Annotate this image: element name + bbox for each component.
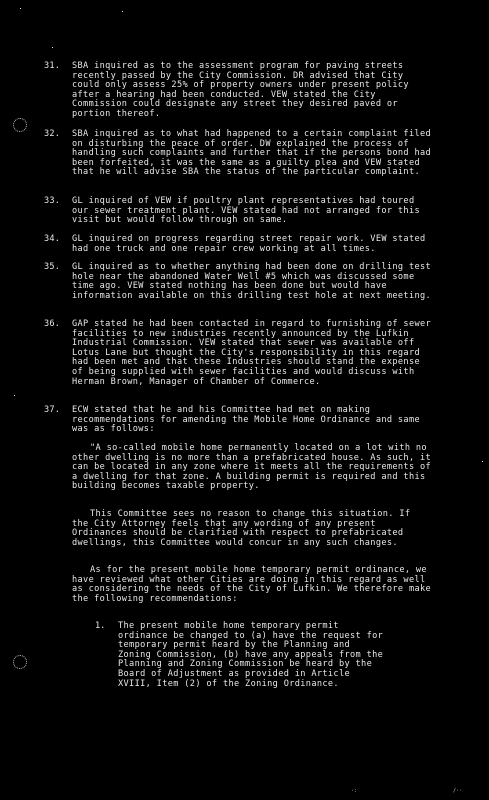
item-number: 31. (44, 62, 60, 72)
item-number: 37. (44, 406, 60, 416)
scan-speck (14, 395, 15, 396)
footer-mark-right: /·· (453, 788, 462, 794)
item-number: 35. (44, 263, 60, 273)
scan-speck (52, 47, 53, 48)
item-number: 34. (44, 235, 60, 245)
footer-mark-left: ·: (351, 788, 357, 794)
item-text: ECW stated that he and his Committee had… (72, 406, 432, 435)
scan-speck (20, 8, 21, 9)
item-text: SBA inquired as to what had happened to … (72, 130, 432, 178)
punch-hole-mark (13, 118, 27, 132)
punch-hole-mark (13, 655, 27, 669)
item-text: GL inquired of VEW if poultry plant repr… (72, 197, 432, 226)
scan-speck (482, 461, 483, 462)
item-text: SBA inquired as to the assessment progra… (72, 62, 432, 120)
recommendation-number: 1. (95, 622, 105, 632)
item-number: 36. (44, 320, 60, 330)
quote-text: "A so-called mobile home permanently loc… (72, 444, 432, 492)
item-text: GAP stated he had been contacted in rega… (72, 320, 432, 387)
scan-speck (122, 11, 123, 12)
quote-text: As for the present mobile home temporary… (72, 566, 432, 604)
item-text: GL inquired on progress regarding street… (72, 235, 432, 254)
item-number: 32. (44, 130, 60, 140)
quote-text: This Committee sees no reason to change … (72, 510, 432, 548)
recommendation-text: The present mobile home temporary permit… (118, 622, 388, 689)
item-number: 33. (44, 197, 60, 207)
item-text: GL inquired as to whether anything had b… (72, 263, 432, 301)
